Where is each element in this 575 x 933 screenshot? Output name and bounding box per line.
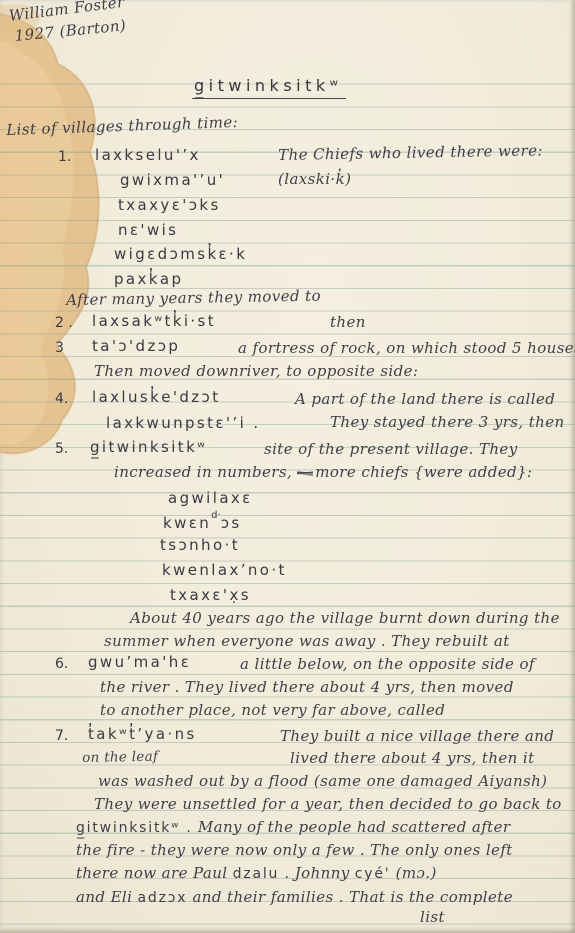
entry4-number: 4. <box>55 392 68 407</box>
entry6-para-2: to another place, not very far above, ca… <box>100 702 445 719</box>
entry5-chief-1: agwilaxɛ <box>168 490 253 507</box>
entry1-chief-4: wigɛdɔmsk̓ɛ·k <box>114 246 247 263</box>
entry5-note: site of the present village. They <box>264 441 518 458</box>
entry5-para-1: About 40 years ago the village burnt dow… <box>130 610 560 627</box>
entry5-chief-4: kwenlaxʼno·t <box>162 562 287 579</box>
entry7-para-6-end: and their families . That is the complet… <box>187 888 513 906</box>
entry3-note2: Then moved downriver, to opposite side: <box>94 363 418 380</box>
entry5-chief-2-superscript: d· <box>211 510 221 521</box>
entry5-note2-pre: increased in numbers, <box>114 463 297 481</box>
resident-name-cye: cyé' <box>355 866 391 882</box>
entry5-number: 5. <box>55 442 68 457</box>
entry5-para-2: summer when everyone was away . They reb… <box>104 633 510 650</box>
entry6-number: 6. <box>55 657 68 672</box>
entry7-para-5-end: (mɔ.) <box>390 864 436 882</box>
resident-name-adzox: adzɔx <box>138 890 188 906</box>
entry1-number: 1. <box>58 150 71 165</box>
entry5-village-name: g̲itwinksitkʷ <box>90 439 207 456</box>
entry7-para-3-rest: Many of the people had scattered after <box>193 818 511 836</box>
entry6-para-1: the river . They lived there about 4 yrs… <box>100 679 514 696</box>
manuscript-page: William Foster 1927 (Barton) g̲itwinksit… <box>0 0 575 933</box>
page-title: g̲itwinksitkʷ <box>192 76 346 99</box>
entry7-para-3-name: g̲itwinksitkʷ . <box>76 820 193 836</box>
entry4-note: A part of the land there is called <box>295 391 555 408</box>
entry1-chief-2: txaxyɛ'ɔks <box>118 197 221 214</box>
resident-name-dzalu: dzalu <box>233 866 280 882</box>
entry7-number: 7. <box>55 729 68 744</box>
entry7-para-2: They were unsettled for a year, then dec… <box>94 796 562 813</box>
entry3-note: a fortress of rock, on which stood 5 hou… <box>238 340 575 357</box>
entry1-village-name: laxkselu'ʼx <box>95 147 201 164</box>
entry5-chief-5: txaxɛ'x̣s <box>170 587 251 604</box>
intro-line: List of villages through time: <box>6 114 238 139</box>
entry5-note2: increased in numbers, more chiefs {were … <box>114 464 532 481</box>
entry1-chief-3: nɛ'wis <box>118 222 178 239</box>
entry7-para-6: and Eli adzɔx and their families . That … <box>76 889 513 906</box>
entry5-note2-post: more chiefs {were added}: <box>315 463 532 481</box>
entry5-chief-3: tsɔnho·t <box>160 537 240 554</box>
entry7-para-5-mid: . Johnny <box>279 864 355 882</box>
entry5-chief-2-rest: ɔs <box>221 514 242 532</box>
entry1-chief-5: paxk̓ap <box>114 271 183 288</box>
entry2-note: then <box>330 314 366 331</box>
entry1-after-note: After many years they moved to <box>66 288 321 310</box>
entry7-sub-note: on the leaf <box>82 750 158 766</box>
entry7-para-4: the fire - they were now only a few . Th… <box>76 842 513 859</box>
entry1-chiefs-heading: The Chiefs who lived there were: <box>278 142 543 164</box>
entry7-para-3: g̲itwinksitkʷ . Many of the people had s… <box>76 819 510 836</box>
entry3-village-name: ta'ɔ'dzɔp <box>92 338 180 355</box>
scribble-mark <box>297 467 313 478</box>
entry7-para-5-pre: there now are Paul <box>76 864 233 882</box>
entry7-para-6-pre: and Eli <box>76 888 138 906</box>
page-title-wrap: g̲itwinksitkʷ <box>192 76 346 95</box>
entry4-village-name: laxlusk̓e'dzɔt <box>92 389 220 406</box>
entry4-note2: They stayed there 3 yrs, then <box>330 414 565 431</box>
entry1-chief-1: gwixma'ʼu' <box>120 172 225 189</box>
entry7-para-7: list <box>420 909 445 926</box>
entry2-number: 2 . <box>55 316 73 331</box>
entry7-para-5: there now are Paul dzalu . Johnny cyé' (… <box>76 865 437 882</box>
entry6-village-name: gwuʼma'hɛ <box>88 654 191 671</box>
entry6-note: a little below, on the opposite side of <box>240 656 535 673</box>
entry3-number: 3 <box>55 341 64 356</box>
entry4-village-name2: laxkwunpstɛ'ʼi . <box>106 415 261 432</box>
entry7-note: They built a nice village there and <box>280 728 554 745</box>
entry1-chiefs-paren: (laxski·k̓) <box>278 171 351 188</box>
entry2-village-name: laxsakʷtk̓i·st <box>92 313 216 330</box>
entry7-village-name: t̓akʷt̓ʼya·ns <box>88 726 197 743</box>
entry5-chief-2: kwɛnd·ɔs <box>163 514 242 532</box>
entry5-chief-2-base: kwɛn <box>163 514 211 532</box>
entry7-note2: lived there about 4 yrs, then it <box>290 750 535 767</box>
entry7-para-1: was washed out by a flood (same one dama… <box>98 773 547 790</box>
